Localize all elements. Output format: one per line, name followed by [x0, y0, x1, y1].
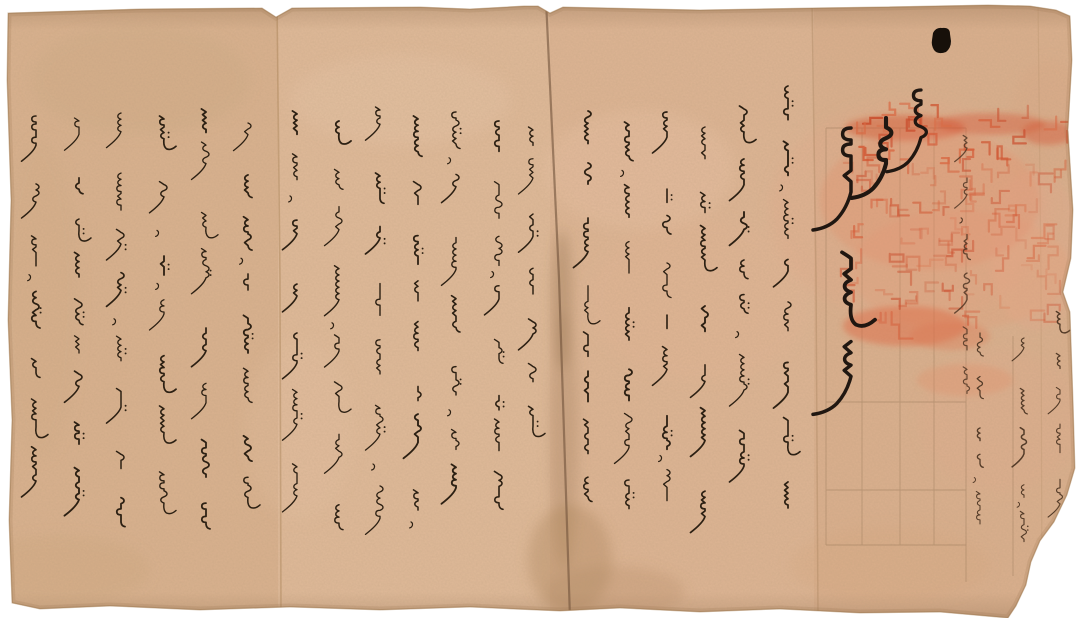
script-dot: [792, 222, 794, 224]
script-dot: [503, 406, 505, 408]
script-dot: [748, 302, 750, 304]
script-dot: [252, 337, 254, 339]
script-dot: [384, 238, 386, 240]
script-dot: [168, 132, 170, 134]
script-dot: [210, 270, 212, 272]
script-dot: [671, 430, 673, 432]
script-dot: [503, 356, 505, 358]
script-dot: [301, 413, 303, 415]
script-dot: [671, 199, 673, 201]
script-dot: [792, 100, 794, 102]
script-dot: [460, 132, 462, 134]
script-dot: [537, 230, 539, 232]
script-dot: [83, 311, 85, 313]
script-dot: [1027, 529, 1029, 531]
script-dot: [83, 494, 85, 496]
script-dot: [633, 321, 635, 323]
script-dot: [125, 244, 127, 246]
script-dot: [384, 192, 386, 194]
script-dot: [748, 454, 750, 456]
script-dot: [633, 492, 635, 494]
script-dot: [384, 242, 386, 244]
script-dot: [384, 431, 386, 433]
script-dot: [168, 268, 170, 270]
script-dot: [460, 128, 462, 130]
paper-sheet: [0, 0, 1080, 618]
ink-blot: [932, 28, 951, 53]
script-dot: [301, 357, 303, 359]
script-dot: [792, 218, 794, 220]
script-dot: [125, 348, 127, 350]
script-dot: [384, 188, 386, 190]
script-dot: [168, 136, 170, 138]
script-dot: [792, 162, 794, 164]
script-dot: [301, 417, 303, 419]
script-dot: [83, 232, 85, 234]
script-dot: [125, 248, 127, 250]
script-dot: [125, 287, 127, 289]
script-dot: [40, 312, 42, 314]
script-dot: [422, 252, 424, 254]
script-dot: [301, 353, 303, 355]
document-scan-svg: [0, 0, 1080, 618]
script-dot: [709, 207, 711, 209]
script-dot: [748, 383, 750, 385]
script-dot: [792, 435, 794, 437]
script-dot: [40, 307, 42, 309]
script-dot: [503, 351, 505, 353]
script-dot: [748, 459, 750, 461]
script-dot: [210, 274, 212, 276]
script-dot: [748, 226, 750, 228]
script-dot: [503, 401, 505, 403]
script-dot: [537, 421, 539, 423]
script-dot: [460, 383, 462, 385]
script-dot: [83, 228, 85, 230]
script-dot: [422, 248, 424, 250]
script-dot: [671, 434, 673, 436]
script-dot: [83, 437, 85, 439]
script-dot: [671, 194, 673, 196]
script-dot: [633, 326, 635, 328]
script-dot: [792, 157, 794, 159]
script-dot: [125, 405, 127, 407]
script-dot: [748, 231, 750, 233]
manuscript-photo: [0, 0, 1080, 618]
script-dot: [633, 496, 635, 498]
script-dot: [748, 307, 750, 309]
script-dot: [709, 202, 711, 204]
script-dot: [252, 333, 254, 335]
script-dot: [125, 409, 127, 411]
script-dot: [792, 105, 794, 107]
script-dot: [748, 378, 750, 380]
script-dot: [125, 291, 127, 293]
script-dot: [83, 490, 85, 492]
script-dot: [792, 439, 794, 441]
script-dot: [168, 264, 170, 266]
script-dot: [83, 433, 85, 435]
script-dot: [125, 352, 127, 354]
script-dot: [1027, 526, 1029, 528]
script-dot: [537, 425, 539, 427]
script-dot: [384, 426, 386, 428]
script-dot: [83, 316, 85, 318]
script-dot: [460, 378, 462, 380]
script-dot: [537, 235, 539, 237]
